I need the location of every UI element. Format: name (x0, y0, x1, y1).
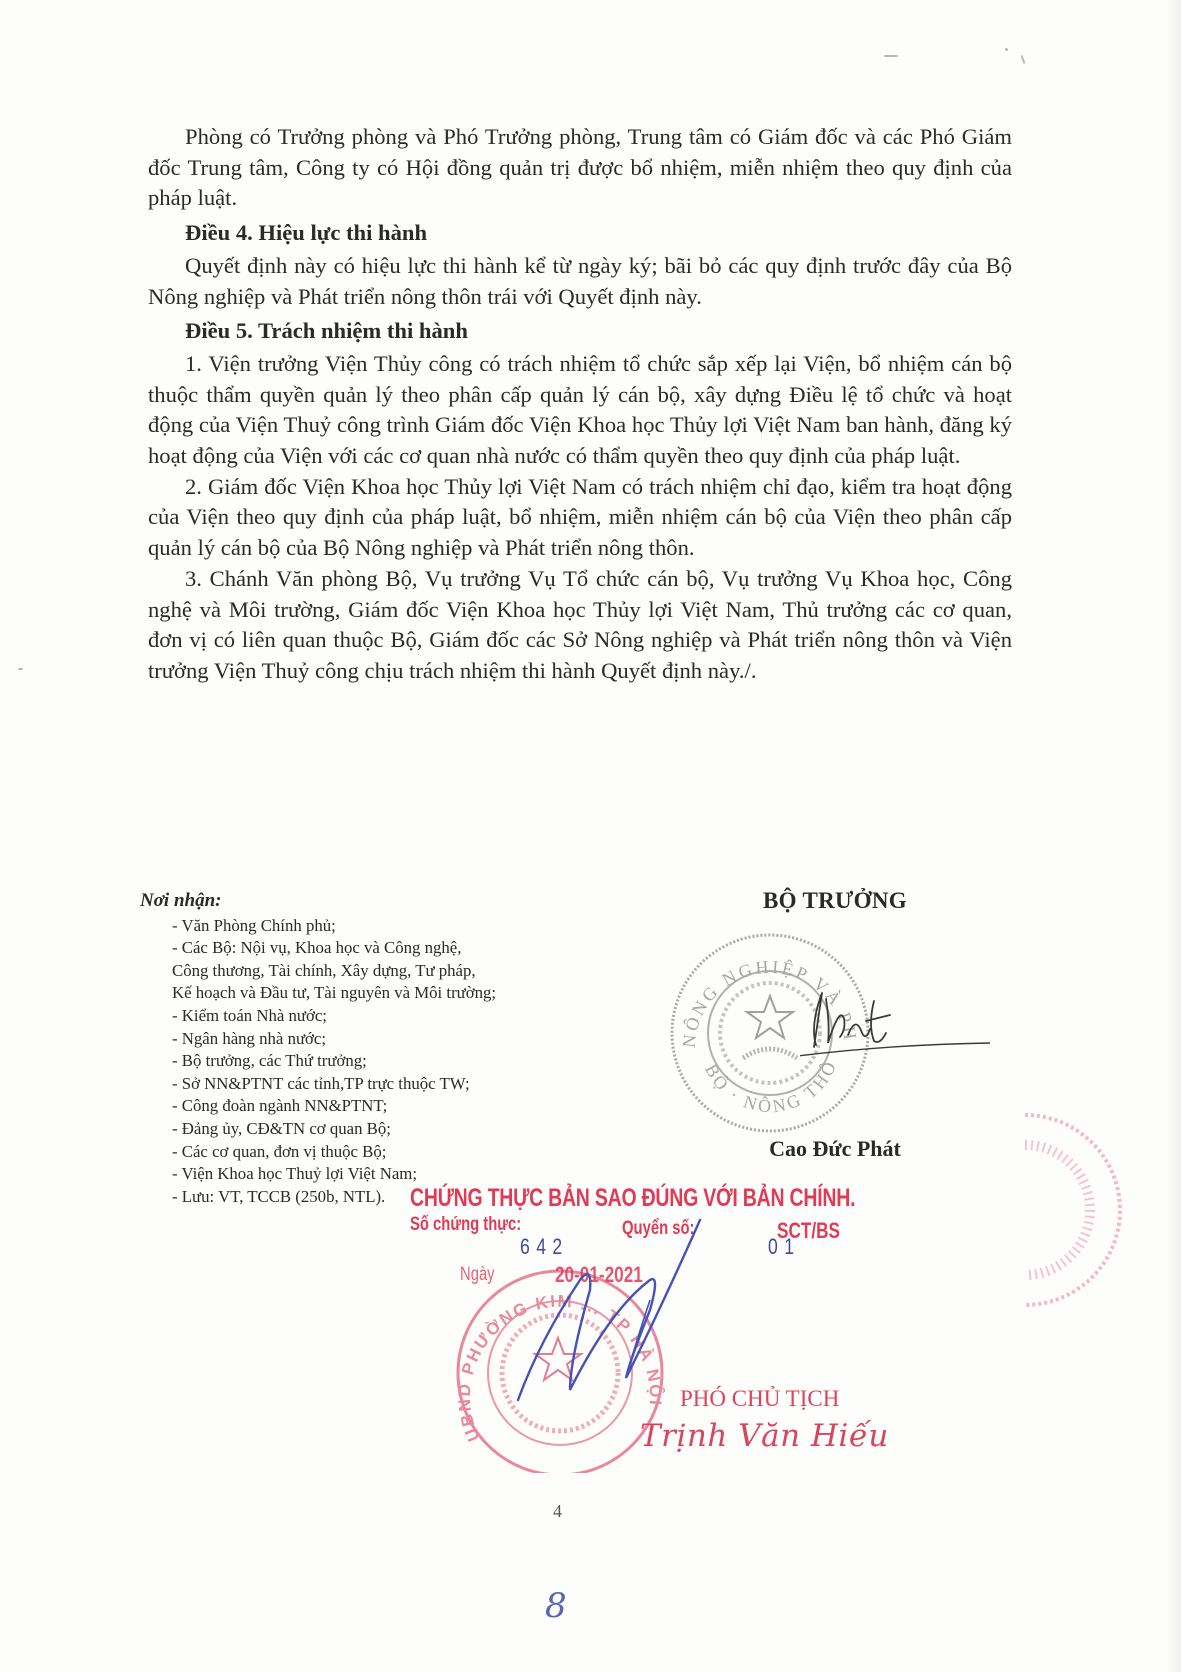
scan-edge-shadow (1167, 0, 1181, 1672)
recipient-item: - Công đoàn ngành NN&PTNT; (140, 1095, 620, 1118)
scan-speck (1005, 48, 1008, 51)
recipients-block: Nơi nhận: - Văn Phòng Chính phủ; - Các B… (140, 890, 620, 1208)
scanned-document-page: Phòng có Trưởng phòng và Phó Trưởng phòn… (0, 0, 1181, 1672)
recipient-item: Kế hoạch và Đầu tư, Tài nguyên và Môi tr… (140, 982, 620, 1005)
recipient-item: - Kiểm toán Nhà nước; (140, 1005, 620, 1028)
scan-speck (884, 55, 898, 57)
article-5-heading: Điều 5. Trách nhiệm thi hành (148, 316, 1012, 347)
recipient-item: - Các cơ quan, đơn vị thuộc Bộ; (140, 1141, 620, 1164)
article-5-clause-1: 1. Viện trưởng Viện Thủy công có trách n… (148, 349, 1012, 472)
recipients-title: Nơi nhận: (140, 890, 620, 913)
recipient-item: - Bộ trưởng, các Thứ trưởng; (140, 1050, 620, 1073)
recipient-item: - Các Bộ: Nội vụ, Khoa học và Công nghệ, (140, 937, 620, 960)
signer-block: BỘ TRƯỞNG Cao Đức Phát (680, 888, 990, 914)
recipient-item: - Văn Phòng Chính phủ; (140, 915, 620, 938)
handwritten-page-number: 8 (545, 1586, 567, 1626)
scan-speck (1021, 55, 1026, 64)
certification-book-value: 01 (768, 1234, 800, 1260)
minister-signature-icon (800, 985, 1000, 1065)
document-body: Phòng có Trưởng phòng và Phó Trưởng phòn… (148, 122, 1012, 687)
certifier-title: PHÓ CHỦ TỊCH (680, 1386, 839, 1412)
certifier-name: Trịnh Văn Hiếu (640, 1418, 889, 1454)
opening-paragraph: Phòng có Trưởng phòng và Phó Trưởng phòn… (148, 122, 1012, 214)
certifier-signature-icon (500, 1200, 720, 1410)
article-5-clause-2: 2. Giám đốc Viện Khoa học Thủy lợi Việt … (148, 472, 1012, 564)
signer-name: Cao Đức Phát (680, 1136, 990, 1162)
printed-page-number: 4 (553, 1501, 562, 1522)
recipient-item: Công thương, Tài chính, Xây dựng, Tư phá… (140, 960, 620, 983)
signer-role: BỘ TRƯỞNG (680, 888, 990, 914)
recipient-item: - Đảng ủy, CĐ&TN cơ quan Bộ; (140, 1118, 620, 1141)
article-4-paragraph: Quyết định này có hiệu lực thi hành kể t… (148, 251, 1012, 312)
certification-date-label: Ngày (460, 1264, 495, 1286)
article-4-heading: Điều 4. Hiệu lực thi hành (148, 218, 1012, 249)
recipient-item: - Sở NN&PTNT các tỉnh,TP trực thuộc TW; (140, 1073, 620, 1096)
scan-speck (18, 668, 23, 670)
partial-red-seal-icon (1015, 1105, 1125, 1315)
recipient-item: - Ngân hàng nhà nước; (140, 1028, 620, 1051)
recipient-item: - Viện Khoa học Thuỷ lợi Việt Nam; (140, 1163, 620, 1186)
article-5-clause-3: 3. Chánh Văn phòng Bộ, Vụ trưởng Vụ Tổ c… (148, 564, 1012, 687)
